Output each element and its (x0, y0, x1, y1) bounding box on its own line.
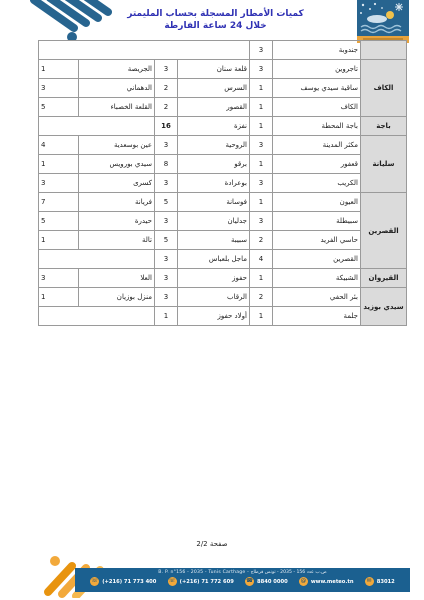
rainfall-value-cell: 1 (39, 155, 79, 174)
footer-contact: ☏(+216) 71 773 400 (90, 577, 156, 586)
table-row: 3ماجل بلعباس4القصرين (39, 250, 407, 269)
rainfall-value-cell: 2 (155, 98, 178, 117)
rainfall-value-cell: 3 (250, 60, 273, 79)
footer-contacts: ☏(+216) 71 773 400☏(+216) 71 772 609☎884… (75, 577, 410, 586)
station-cell: حاسي الفريد (273, 231, 361, 250)
rainfall-table: 3جندوبة1الجريصة3قلعة سنان3تاجروينالكاف3ا… (38, 40, 406, 326)
station-cell: ساقية سيدي يوسف (273, 79, 361, 98)
empty-cell (39, 41, 250, 60)
rainfall-value-cell: 3 (155, 288, 178, 307)
rainfall-value-cell: 1 (39, 288, 79, 307)
fax2-icon: ☏ (168, 577, 177, 586)
governorate-cell: باجة (361, 117, 407, 136)
table-row: 1سيدي بورويس8برقو1قعفور (39, 155, 407, 174)
contact-text: www.meteo.tn (311, 579, 354, 585)
table-row: 1الجريصة3قلعة سنان3تاجروينالكاف (39, 60, 407, 79)
phone-icon: ☎ (245, 577, 254, 586)
station-cell: عين بوسعدية (79, 136, 155, 155)
governorate-cell: القيروان (361, 269, 407, 288)
station-cell: كسرى (79, 174, 155, 193)
rainfall-value-cell: 5 (39, 98, 79, 117)
table-row: 5القلعة الخصباء2القصور1الكاف (39, 98, 407, 117)
rainfall-value-cell: 16 (155, 117, 178, 136)
rainfall-value-cell: 8 (155, 155, 178, 174)
station-cell: سيدي بورويس (79, 155, 155, 174)
rainfall-value-cell: 3 (39, 174, 79, 193)
governorate-cell (361, 41, 407, 60)
table-row: 3كسرى3بوعرادة3الكريب (39, 174, 407, 193)
rainfall-value-cell: 4 (39, 136, 79, 155)
station-cell: سبيبة (178, 231, 250, 250)
rainfall-value-cell: 1 (155, 307, 178, 326)
fax-icon: ☏ (90, 577, 99, 586)
footer-contact: ☎8840 0000 (245, 577, 288, 586)
rainfall-value-cell: 3 (250, 212, 273, 231)
station-cell: الكاف (273, 98, 361, 117)
station-cell: بوعرادة (178, 174, 250, 193)
rainfall-value-cell: 1 (250, 269, 273, 288)
station-cell: ماجل بلعباس (178, 250, 250, 269)
station-cell: سبيطلة (273, 212, 361, 231)
rainfall-value-cell: 1 (39, 60, 79, 79)
footer-contact: ✉83012 (365, 577, 395, 586)
governorate-cell: سليانة (361, 136, 407, 193)
governorate-cell: سيدي بوزيد (361, 288, 407, 326)
table-row: 3جندوبة (39, 41, 407, 60)
rainfall-value-cell: 3 (155, 60, 178, 79)
station-cell: العلا (79, 269, 155, 288)
station-cell: الروحية (178, 136, 250, 155)
station-cell: جندوبة (273, 41, 361, 60)
rainfall-value-cell: 3 (39, 269, 79, 288)
station-cell: حيدرة (79, 212, 155, 231)
rainfall-value-cell: 3 (250, 41, 273, 60)
station-cell: القصور (178, 98, 250, 117)
station-cell: باجة المحطة (273, 117, 361, 136)
station-cell: الشبيكة (273, 269, 361, 288)
station-cell: برقو (178, 155, 250, 174)
rainfall-value-cell: 3 (250, 136, 273, 155)
footer-contact: ☏(+216) 71 772 609 (168, 577, 234, 586)
station-cell: جدليان (178, 212, 250, 231)
station-cell: حفوز (178, 269, 250, 288)
governorate-cell: القصرين (361, 193, 407, 269)
station-cell: نفزة (178, 117, 250, 136)
footer-bar: B. P. n°156 - 2035 - Tunis Carthage - ص.… (75, 568, 410, 592)
station-cell: تاجروين (273, 60, 361, 79)
rainfall-value-cell: 5 (155, 193, 178, 212)
station-cell: العيون (273, 193, 361, 212)
table-row: 4عين بوسعدية3الروحية3مكثر المدينةسليانة (39, 136, 407, 155)
rainfall-value-cell: 5 (155, 231, 178, 250)
inm-rain-strokes-logo (12, 0, 112, 44)
rainfall-value-cell: 3 (155, 269, 178, 288)
station-cell: فريانة (79, 193, 155, 212)
station-cell: فوسانة (178, 193, 250, 212)
footer-address: B. P. n°156 - 2035 - Tunis Carthage - ص.… (75, 570, 410, 575)
report-title-line2: خلال 24 ساعة الفارطة (108, 20, 323, 32)
report-title-line1: كميات الأمطار المسجلة بحساب المليمتر (108, 8, 323, 20)
station-cell: بئر الحفي (273, 288, 361, 307)
empty-cell (39, 250, 155, 269)
station-cell: أولاد حفوز (178, 307, 250, 326)
rainfall-value-cell: 3 (155, 212, 178, 231)
rainfall-value-cell: 1 (250, 79, 273, 98)
rainfall-value-cell: 1 (250, 307, 273, 326)
rainfall-table-body: 3جندوبة1الجريصة3قلعة سنان3تاجروينالكاف3ا… (39, 41, 407, 326)
rainfall-value-cell: 3 (155, 136, 178, 155)
rainfall-value-cell: 4 (250, 250, 273, 269)
rainfall-value-cell: 3 (39, 79, 79, 98)
table-row: 16نفزة1باجة المحطةباجة (39, 117, 407, 136)
contact-text: 83012 (377, 579, 395, 585)
rainfall-value-cell: 2 (250, 231, 273, 250)
rainfall-value-cell: 3 (155, 250, 178, 269)
rainfall-value-cell: 2 (155, 79, 178, 98)
footer-contact: @www.meteo.tn (299, 577, 354, 586)
page-number: صفحة 2/2 (0, 540, 424, 548)
table-row: 3العلا3حفوز1الشبيكةالقيروان (39, 269, 407, 288)
globe-icon: @ (299, 577, 308, 586)
empty-cell (39, 117, 155, 136)
station-cell: قعفور (273, 155, 361, 174)
station-cell: القلعة الخصباء (79, 98, 155, 117)
table-row: 1تالة5سبيبة2حاسي الفريد (39, 231, 407, 250)
table-row: 1أولاد حفوز1جلمة (39, 307, 407, 326)
snowflake-icon (395, 3, 403, 11)
sms-icon: ✉ (365, 577, 374, 586)
rainfall-value-cell: 1 (250, 98, 273, 117)
cloud-icon (367, 15, 387, 23)
contact-text: (+216) 71 772 609 (180, 579, 234, 585)
station-cell: الرقاب (178, 288, 250, 307)
contact-text: 8840 0000 (257, 579, 288, 585)
table-row: 7فريانة5فوسانة1العيونالقصرين (39, 193, 407, 212)
rainfall-value-cell: 1 (250, 117, 273, 136)
document-page: كميات الأمطار المسجلة بحساب المليمتر خلا… (0, 0, 424, 600)
rainfall-value-cell: 3 (155, 174, 178, 193)
rainfall-value-cell: 5 (39, 212, 79, 231)
station-cell: تالة (79, 231, 155, 250)
station-cell: الدهماني (79, 79, 155, 98)
inm-emblem-logo (357, 0, 409, 43)
rainfall-value-cell: 1 (250, 193, 273, 212)
rainfall-value-cell: 1 (250, 155, 273, 174)
rainfall-value-cell: 3 (250, 174, 273, 193)
station-cell: القصرين (273, 250, 361, 269)
contact-text: (+216) 71 773 400 (102, 579, 156, 585)
sun-icon (386, 11, 394, 19)
station-cell: الجريصة (79, 60, 155, 79)
table-row: 3الدهماني2السرس1ساقية سيدي يوسف (39, 79, 407, 98)
report-title: كميات الأمطار المسجلة بحساب المليمتر خلا… (108, 8, 323, 32)
station-cell: مكثر المدينة (273, 136, 361, 155)
rainfall-value-cell: 7 (39, 193, 79, 212)
station-cell: قلعة سنان (178, 60, 250, 79)
rainfall-value-cell: 1 (39, 231, 79, 250)
station-cell: جلمة (273, 307, 361, 326)
governorate-cell: الكاف (361, 60, 407, 117)
table-row: 1منزل بوزيان3الرقاب2بئر الحفيسيدي بوزيد (39, 288, 407, 307)
rainfall-value-cell: 2 (250, 288, 273, 307)
station-cell: السرس (178, 79, 250, 98)
station-cell: منزل بوزيان (79, 288, 155, 307)
station-cell: الكريب (273, 174, 361, 193)
table-row: 5حيدرة3جدليان3سبيطلة (39, 212, 407, 231)
empty-cell (39, 307, 155, 326)
